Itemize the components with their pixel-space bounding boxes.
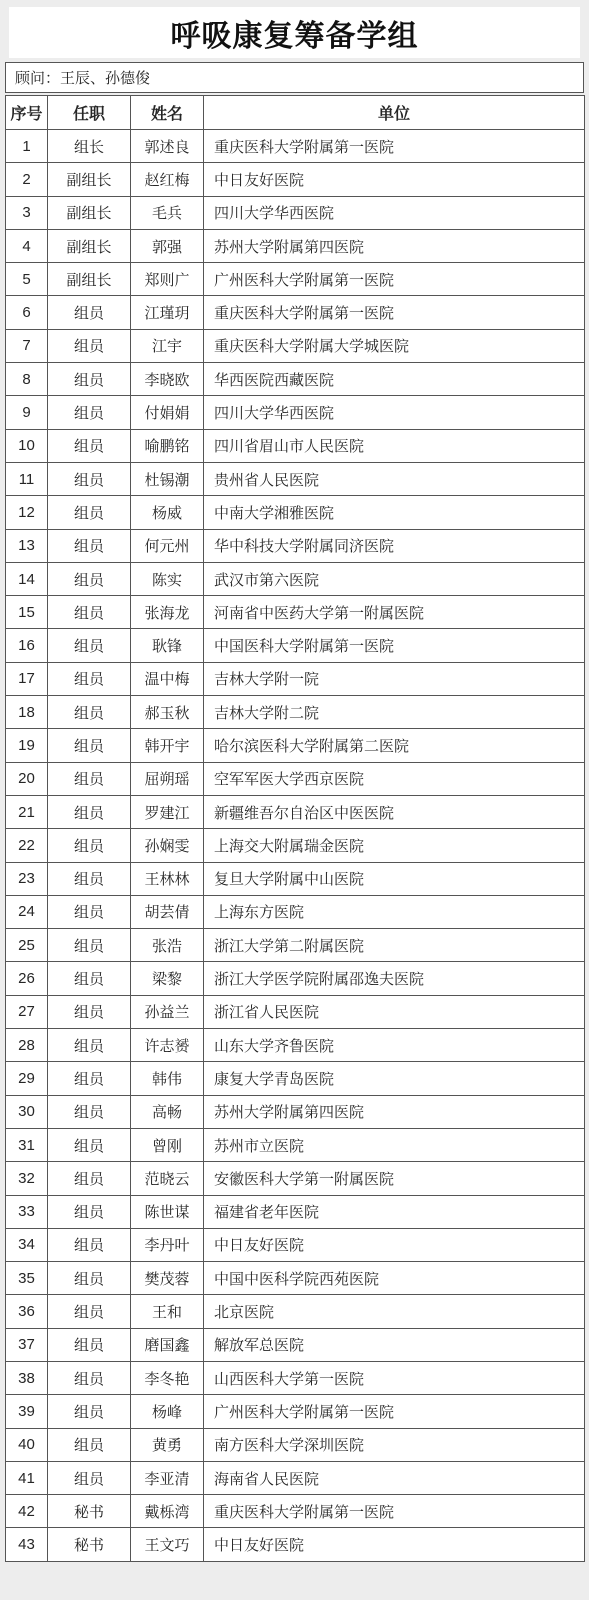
row-role-cell: 组员 — [48, 1395, 131, 1428]
row-organization-cell: 重庆医科大学附属第一医院 — [204, 1495, 585, 1528]
row-organization-cell: 重庆医科大学附属第一医院 — [204, 130, 585, 163]
advisor-row: 顾问：王辰、孙德俊 — [5, 62, 584, 93]
row-role-cell: 组员 — [48, 729, 131, 762]
row-name-cell: 耿锋 — [131, 629, 204, 662]
table-row: 30 组员 高畅 苏州大学附属第四医院 — [6, 1095, 585, 1128]
table-row: 18 组员 郝玉秋 吉林大学附二院 — [6, 696, 585, 729]
row-index-cell: 43 — [6, 1528, 48, 1561]
row-role-cell: 组员 — [48, 962, 131, 995]
row-index-cell: 3 — [6, 196, 48, 229]
table-row: 6 组员 江瑾玥 重庆医科大学附属第一医院 — [6, 296, 585, 329]
row-index-cell: 24 — [6, 895, 48, 928]
table-row: 41 组员 李亚清 海南省人民医院 — [6, 1461, 585, 1494]
row-role-cell: 组员 — [48, 596, 131, 629]
table-row: 1 组长 郭述良 重庆医科大学附属第一医院 — [6, 130, 585, 163]
table-row: 7 组员 江宇 重庆医科大学附属大学城医院 — [6, 329, 585, 362]
table-row: 39 组员 杨峰 广州医科大学附属第一医院 — [6, 1395, 585, 1428]
table-row: 40 组员 黄勇 南方医科大学深圳医院 — [6, 1428, 585, 1461]
page: 呼吸康复筹备学组 顾问：王辰、孙德俊 序号 任职 姓名 单位 1 组长 郭述良 … — [0, 7, 589, 1562]
member-table: 序号 任职 姓名 单位 1 组长 郭述良 重庆医科大学附属第一医院 2 副组长 … — [5, 95, 585, 1562]
row-index-cell: 34 — [6, 1228, 48, 1261]
row-role-cell: 组员 — [48, 1262, 131, 1295]
row-role-cell: 组员 — [48, 529, 131, 562]
row-organization-cell: 吉林大学附二院 — [204, 696, 585, 729]
row-role-cell: 组员 — [48, 1062, 131, 1095]
table-row: 31 组员 曾刚 苏州市立医院 — [6, 1128, 585, 1161]
row-index-cell: 35 — [6, 1262, 48, 1295]
row-index-cell: 10 — [6, 429, 48, 462]
row-organization-cell: 重庆医科大学附属大学城医院 — [204, 329, 585, 362]
row-name-cell: 高畅 — [131, 1095, 204, 1128]
header-index: 序号 — [6, 96, 48, 130]
row-role-cell: 组员 — [48, 629, 131, 662]
row-role-cell: 组员 — [48, 1328, 131, 1361]
table-row: 16 组员 耿锋 中国医科大学附属第一医院 — [6, 629, 585, 662]
header-organization: 单位 — [204, 96, 585, 130]
table-row: 11 组员 杜锡潮 贵州省人民医院 — [6, 462, 585, 495]
table-row: 33 组员 陈世谋 福建省老年医院 — [6, 1195, 585, 1228]
row-role-cell: 组员 — [48, 562, 131, 595]
table-row: 10 组员 喻鹏铭 四川省眉山市人民医院 — [6, 429, 585, 462]
row-role-cell: 组员 — [48, 1029, 131, 1062]
table-row: 5 副组长 郑则广 广州医科大学附属第一医院 — [6, 263, 585, 296]
row-name-cell: 磨国鑫 — [131, 1328, 204, 1361]
row-organization-cell: 吉林大学附一院 — [204, 662, 585, 695]
row-organization-cell: 山东大学齐鲁医院 — [204, 1029, 585, 1062]
row-name-cell: 喻鹏铭 — [131, 429, 204, 462]
row-name-cell: 张海龙 — [131, 596, 204, 629]
row-organization-cell: 苏州大学附属第四医院 — [204, 1095, 585, 1128]
row-role-cell: 副组长 — [48, 163, 131, 196]
row-role-cell: 组员 — [48, 1295, 131, 1328]
row-index-cell: 5 — [6, 263, 48, 296]
table-header-row: 序号 任职 姓名 单位 — [6, 96, 585, 130]
row-name-cell: 郑则广 — [131, 263, 204, 296]
row-role-cell: 组员 — [48, 1361, 131, 1394]
row-index-cell: 21 — [6, 795, 48, 828]
table-row: 42 秘书 戴栎湾 重庆医科大学附属第一医院 — [6, 1495, 585, 1528]
row-index-cell: 6 — [6, 296, 48, 329]
row-role-cell: 组员 — [48, 1195, 131, 1228]
row-organization-cell: 山西医科大学第一医院 — [204, 1361, 585, 1394]
row-organization-cell: 四川大学华西医院 — [204, 196, 585, 229]
row-name-cell: 王林林 — [131, 862, 204, 895]
row-role-cell: 组员 — [48, 462, 131, 495]
row-organization-cell: 中日友好医院 — [204, 1228, 585, 1261]
row-name-cell: 韩开宇 — [131, 729, 204, 762]
row-organization-cell: 中南大学湘雅医院 — [204, 496, 585, 529]
row-index-cell: 11 — [6, 462, 48, 495]
row-role-cell: 副组长 — [48, 229, 131, 262]
row-name-cell: 何元州 — [131, 529, 204, 562]
row-role-cell: 组员 — [48, 1428, 131, 1461]
row-organization-cell: 贵州省人民医院 — [204, 462, 585, 495]
table-row: 12 组员 杨威 中南大学湘雅医院 — [6, 496, 585, 529]
row-role-cell: 组员 — [48, 762, 131, 795]
row-name-cell: 陈世谋 — [131, 1195, 204, 1228]
row-name-cell: 赵红梅 — [131, 163, 204, 196]
row-index-cell: 33 — [6, 1195, 48, 1228]
row-organization-cell: 广州医科大学附属第一医院 — [204, 1395, 585, 1428]
row-name-cell: 郭强 — [131, 229, 204, 262]
row-organization-cell: 中国医科大学附属第一医院 — [204, 629, 585, 662]
row-name-cell: 孙娴雯 — [131, 829, 204, 862]
row-name-cell: 胡芸倩 — [131, 895, 204, 928]
table-row: 2 副组长 赵红梅 中日友好医院 — [6, 163, 585, 196]
row-role-cell: 组员 — [48, 1228, 131, 1261]
row-index-cell: 40 — [6, 1428, 48, 1461]
row-role-cell: 副组长 — [48, 196, 131, 229]
row-role-cell: 组员 — [48, 795, 131, 828]
row-name-cell: 郝玉秋 — [131, 696, 204, 729]
member-table-body: 1 组长 郭述良 重庆医科大学附属第一医院 2 副组长 赵红梅 中日友好医院 3… — [6, 130, 585, 1562]
row-organization-cell: 苏州市立医院 — [204, 1128, 585, 1161]
table-row: 36 组员 王和 北京医院 — [6, 1295, 585, 1328]
row-name-cell: 梁黎 — [131, 962, 204, 995]
row-index-cell: 15 — [6, 596, 48, 629]
table-row: 38 组员 李冬艳 山西医科大学第一医院 — [6, 1361, 585, 1394]
table-row: 24 组员 胡芸倩 上海东方医院 — [6, 895, 585, 928]
row-name-cell: 李晓欧 — [131, 363, 204, 396]
row-name-cell: 江宇 — [131, 329, 204, 362]
title-box: 呼吸康复筹备学组 — [9, 7, 580, 58]
row-name-cell: 杨威 — [131, 496, 204, 529]
row-name-cell: 屈朔瑶 — [131, 762, 204, 795]
row-role-cell: 组员 — [48, 1128, 131, 1161]
row-index-cell: 12 — [6, 496, 48, 529]
row-name-cell: 郭述良 — [131, 130, 204, 163]
row-index-cell: 42 — [6, 1495, 48, 1528]
table-row: 3 副组长 毛兵 四川大学华西医院 — [6, 196, 585, 229]
table-row: 28 组员 许志赟 山东大学齐鲁医院 — [6, 1029, 585, 1062]
row-role-cell: 组员 — [48, 363, 131, 396]
row-index-cell: 26 — [6, 962, 48, 995]
row-role-cell: 组员 — [48, 1095, 131, 1128]
row-index-cell: 17 — [6, 662, 48, 695]
table-row: 19 组员 韩开宇 哈尔滨医科大学附属第二医院 — [6, 729, 585, 762]
row-name-cell: 江瑾玥 — [131, 296, 204, 329]
row-role-cell: 组员 — [48, 1461, 131, 1494]
row-name-cell: 毛兵 — [131, 196, 204, 229]
row-index-cell: 2 — [6, 163, 48, 196]
table-row: 26 组员 梁黎 浙江大学医学院附属邵逸夫医院 — [6, 962, 585, 995]
row-role-cell: 组长 — [48, 130, 131, 163]
row-organization-cell: 浙江省人民医院 — [204, 995, 585, 1028]
table-row: 15 组员 张海龙 河南省中医药大学第一附属医院 — [6, 596, 585, 629]
row-organization-cell: 苏州大学附属第四医院 — [204, 229, 585, 262]
row-index-cell: 8 — [6, 363, 48, 396]
row-name-cell: 杜锡潮 — [131, 462, 204, 495]
row-organization-cell: 武汉市第六医院 — [204, 562, 585, 595]
table-row: 8 组员 李晓欧 华西医院西藏医院 — [6, 363, 585, 396]
row-name-cell: 李丹叶 — [131, 1228, 204, 1261]
row-index-cell: 9 — [6, 396, 48, 429]
row-organization-cell: 解放军总医院 — [204, 1328, 585, 1361]
row-name-cell: 韩伟 — [131, 1062, 204, 1095]
row-index-cell: 19 — [6, 729, 48, 762]
table-row: 27 组员 孙益兰 浙江省人民医院 — [6, 995, 585, 1028]
row-index-cell: 14 — [6, 562, 48, 595]
row-index-cell: 1 — [6, 130, 48, 163]
row-organization-cell: 重庆医科大学附属第一医院 — [204, 296, 585, 329]
table-row: 35 组员 樊茂蓉 中国中医科学院西苑医院 — [6, 1262, 585, 1295]
row-name-cell: 李冬艳 — [131, 1361, 204, 1394]
row-organization-cell: 中国中医科学院西苑医院 — [204, 1262, 585, 1295]
page-title: 呼吸康复筹备学组 — [171, 11, 419, 55]
table-row: 37 组员 磨国鑫 解放军总医院 — [6, 1328, 585, 1361]
row-role-cell: 组员 — [48, 296, 131, 329]
row-index-cell: 32 — [6, 1162, 48, 1195]
row-organization-cell: 中日友好医院 — [204, 163, 585, 196]
table-row: 4 副组长 郭强 苏州大学附属第四医院 — [6, 229, 585, 262]
table-row: 32 组员 范晓云 安徽医科大学第一附属医院 — [6, 1162, 585, 1195]
row-name-cell: 许志赟 — [131, 1029, 204, 1062]
row-index-cell: 39 — [6, 1395, 48, 1428]
row-organization-cell: 华西医院西藏医院 — [204, 363, 585, 396]
table-row: 23 组员 王林林 复旦大学附属中山医院 — [6, 862, 585, 895]
row-organization-cell: 浙江大学第二附属医院 — [204, 929, 585, 962]
row-role-cell: 组员 — [48, 862, 131, 895]
row-organization-cell: 河南省中医药大学第一附属医院 — [204, 596, 585, 629]
row-index-cell: 38 — [6, 1361, 48, 1394]
row-role-cell: 组员 — [48, 429, 131, 462]
row-index-cell: 20 — [6, 762, 48, 795]
row-organization-cell: 福建省老年医院 — [204, 1195, 585, 1228]
table-row: 17 组员 温中梅 吉林大学附一院 — [6, 662, 585, 695]
row-role-cell: 组员 — [48, 329, 131, 362]
row-role-cell: 组员 — [48, 662, 131, 695]
row-organization-cell: 复旦大学附属中山医院 — [204, 862, 585, 895]
row-organization-cell: 南方医科大学深圳医院 — [204, 1428, 585, 1461]
table-row: 34 组员 李丹叶 中日友好医院 — [6, 1228, 585, 1261]
row-index-cell: 23 — [6, 862, 48, 895]
row-organization-cell: 上海东方医院 — [204, 895, 585, 928]
advisor-label: 顾问：王辰、孙德俊 — [15, 67, 150, 88]
row-organization-cell: 哈尔滨医科大学附属第二医院 — [204, 729, 585, 762]
row-index-cell: 4 — [6, 229, 48, 262]
row-name-cell: 曾刚 — [131, 1128, 204, 1161]
row-organization-cell: 四川大学华西医院 — [204, 396, 585, 429]
row-index-cell: 16 — [6, 629, 48, 662]
row-name-cell: 李亚清 — [131, 1461, 204, 1494]
row-organization-cell: 北京医院 — [204, 1295, 585, 1328]
row-role-cell: 秘书 — [48, 1528, 131, 1561]
table-row: 13 组员 何元州 华中科技大学附属同济医院 — [6, 529, 585, 562]
header-role: 任职 — [48, 96, 131, 130]
row-name-cell: 罗建江 — [131, 795, 204, 828]
row-name-cell: 付娟娟 — [131, 396, 204, 429]
table-row: 43 秘书 王文巧 中日友好医院 — [6, 1528, 585, 1561]
row-organization-cell: 空军军医大学西京医院 — [204, 762, 585, 795]
row-name-cell: 黄勇 — [131, 1428, 204, 1461]
table-row: 9 组员 付娟娟 四川大学华西医院 — [6, 396, 585, 429]
row-name-cell: 陈实 — [131, 562, 204, 595]
row-role-cell: 秘书 — [48, 1495, 131, 1528]
row-index-cell: 29 — [6, 1062, 48, 1095]
row-role-cell: 组员 — [48, 895, 131, 928]
table-row: 20 组员 屈朔瑶 空军军医大学西京医院 — [6, 762, 585, 795]
row-index-cell: 30 — [6, 1095, 48, 1128]
row-index-cell: 22 — [6, 829, 48, 862]
row-index-cell: 41 — [6, 1461, 48, 1494]
row-organization-cell: 华中科技大学附属同济医院 — [204, 529, 585, 562]
header-name: 姓名 — [131, 96, 204, 130]
table-row: 29 组员 韩伟 康复大学青岛医院 — [6, 1062, 585, 1095]
row-index-cell: 27 — [6, 995, 48, 1028]
row-role-cell: 组员 — [48, 995, 131, 1028]
row-name-cell: 王文巧 — [131, 1528, 204, 1561]
table-row: 22 组员 孙娴雯 上海交大附属瑞金医院 — [6, 829, 585, 862]
row-organization-cell: 海南省人民医院 — [204, 1461, 585, 1494]
row-role-cell: 组员 — [48, 396, 131, 429]
row-index-cell: 37 — [6, 1328, 48, 1361]
row-index-cell: 31 — [6, 1128, 48, 1161]
row-name-cell: 温中梅 — [131, 662, 204, 695]
row-organization-cell: 中日友好医院 — [204, 1528, 585, 1561]
row-name-cell: 孙益兰 — [131, 995, 204, 1028]
row-organization-cell: 康复大学青岛医院 — [204, 1062, 585, 1095]
row-role-cell: 组员 — [48, 696, 131, 729]
row-role-cell: 组员 — [48, 829, 131, 862]
row-organization-cell: 四川省眉山市人民医院 — [204, 429, 585, 462]
row-index-cell: 13 — [6, 529, 48, 562]
row-organization-cell: 广州医科大学附属第一医院 — [204, 263, 585, 296]
row-role-cell: 组员 — [48, 496, 131, 529]
row-organization-cell: 上海交大附属瑞金医院 — [204, 829, 585, 862]
row-organization-cell: 新疆维吾尔自治区中医医院 — [204, 795, 585, 828]
row-index-cell: 25 — [6, 929, 48, 962]
row-role-cell: 副组长 — [48, 263, 131, 296]
row-name-cell: 王和 — [131, 1295, 204, 1328]
row-organization-cell: 安徽医科大学第一附属医院 — [204, 1162, 585, 1195]
row-name-cell: 杨峰 — [131, 1395, 204, 1428]
row-index-cell: 28 — [6, 1029, 48, 1062]
row-name-cell: 戴栎湾 — [131, 1495, 204, 1528]
row-role-cell: 组员 — [48, 1162, 131, 1195]
row-organization-cell: 浙江大学医学院附属邵逸夫医院 — [204, 962, 585, 995]
row-index-cell: 7 — [6, 329, 48, 362]
table-row: 21 组员 罗建江 新疆维吾尔自治区中医医院 — [6, 795, 585, 828]
row-index-cell: 18 — [6, 696, 48, 729]
table-row: 25 组员 张浩 浙江大学第二附属医院 — [6, 929, 585, 962]
row-role-cell: 组员 — [48, 929, 131, 962]
row-index-cell: 36 — [6, 1295, 48, 1328]
row-name-cell: 樊茂蓉 — [131, 1262, 204, 1295]
row-name-cell: 范晓云 — [131, 1162, 204, 1195]
row-name-cell: 张浩 — [131, 929, 204, 962]
table-row: 14 组员 陈实 武汉市第六医院 — [6, 562, 585, 595]
